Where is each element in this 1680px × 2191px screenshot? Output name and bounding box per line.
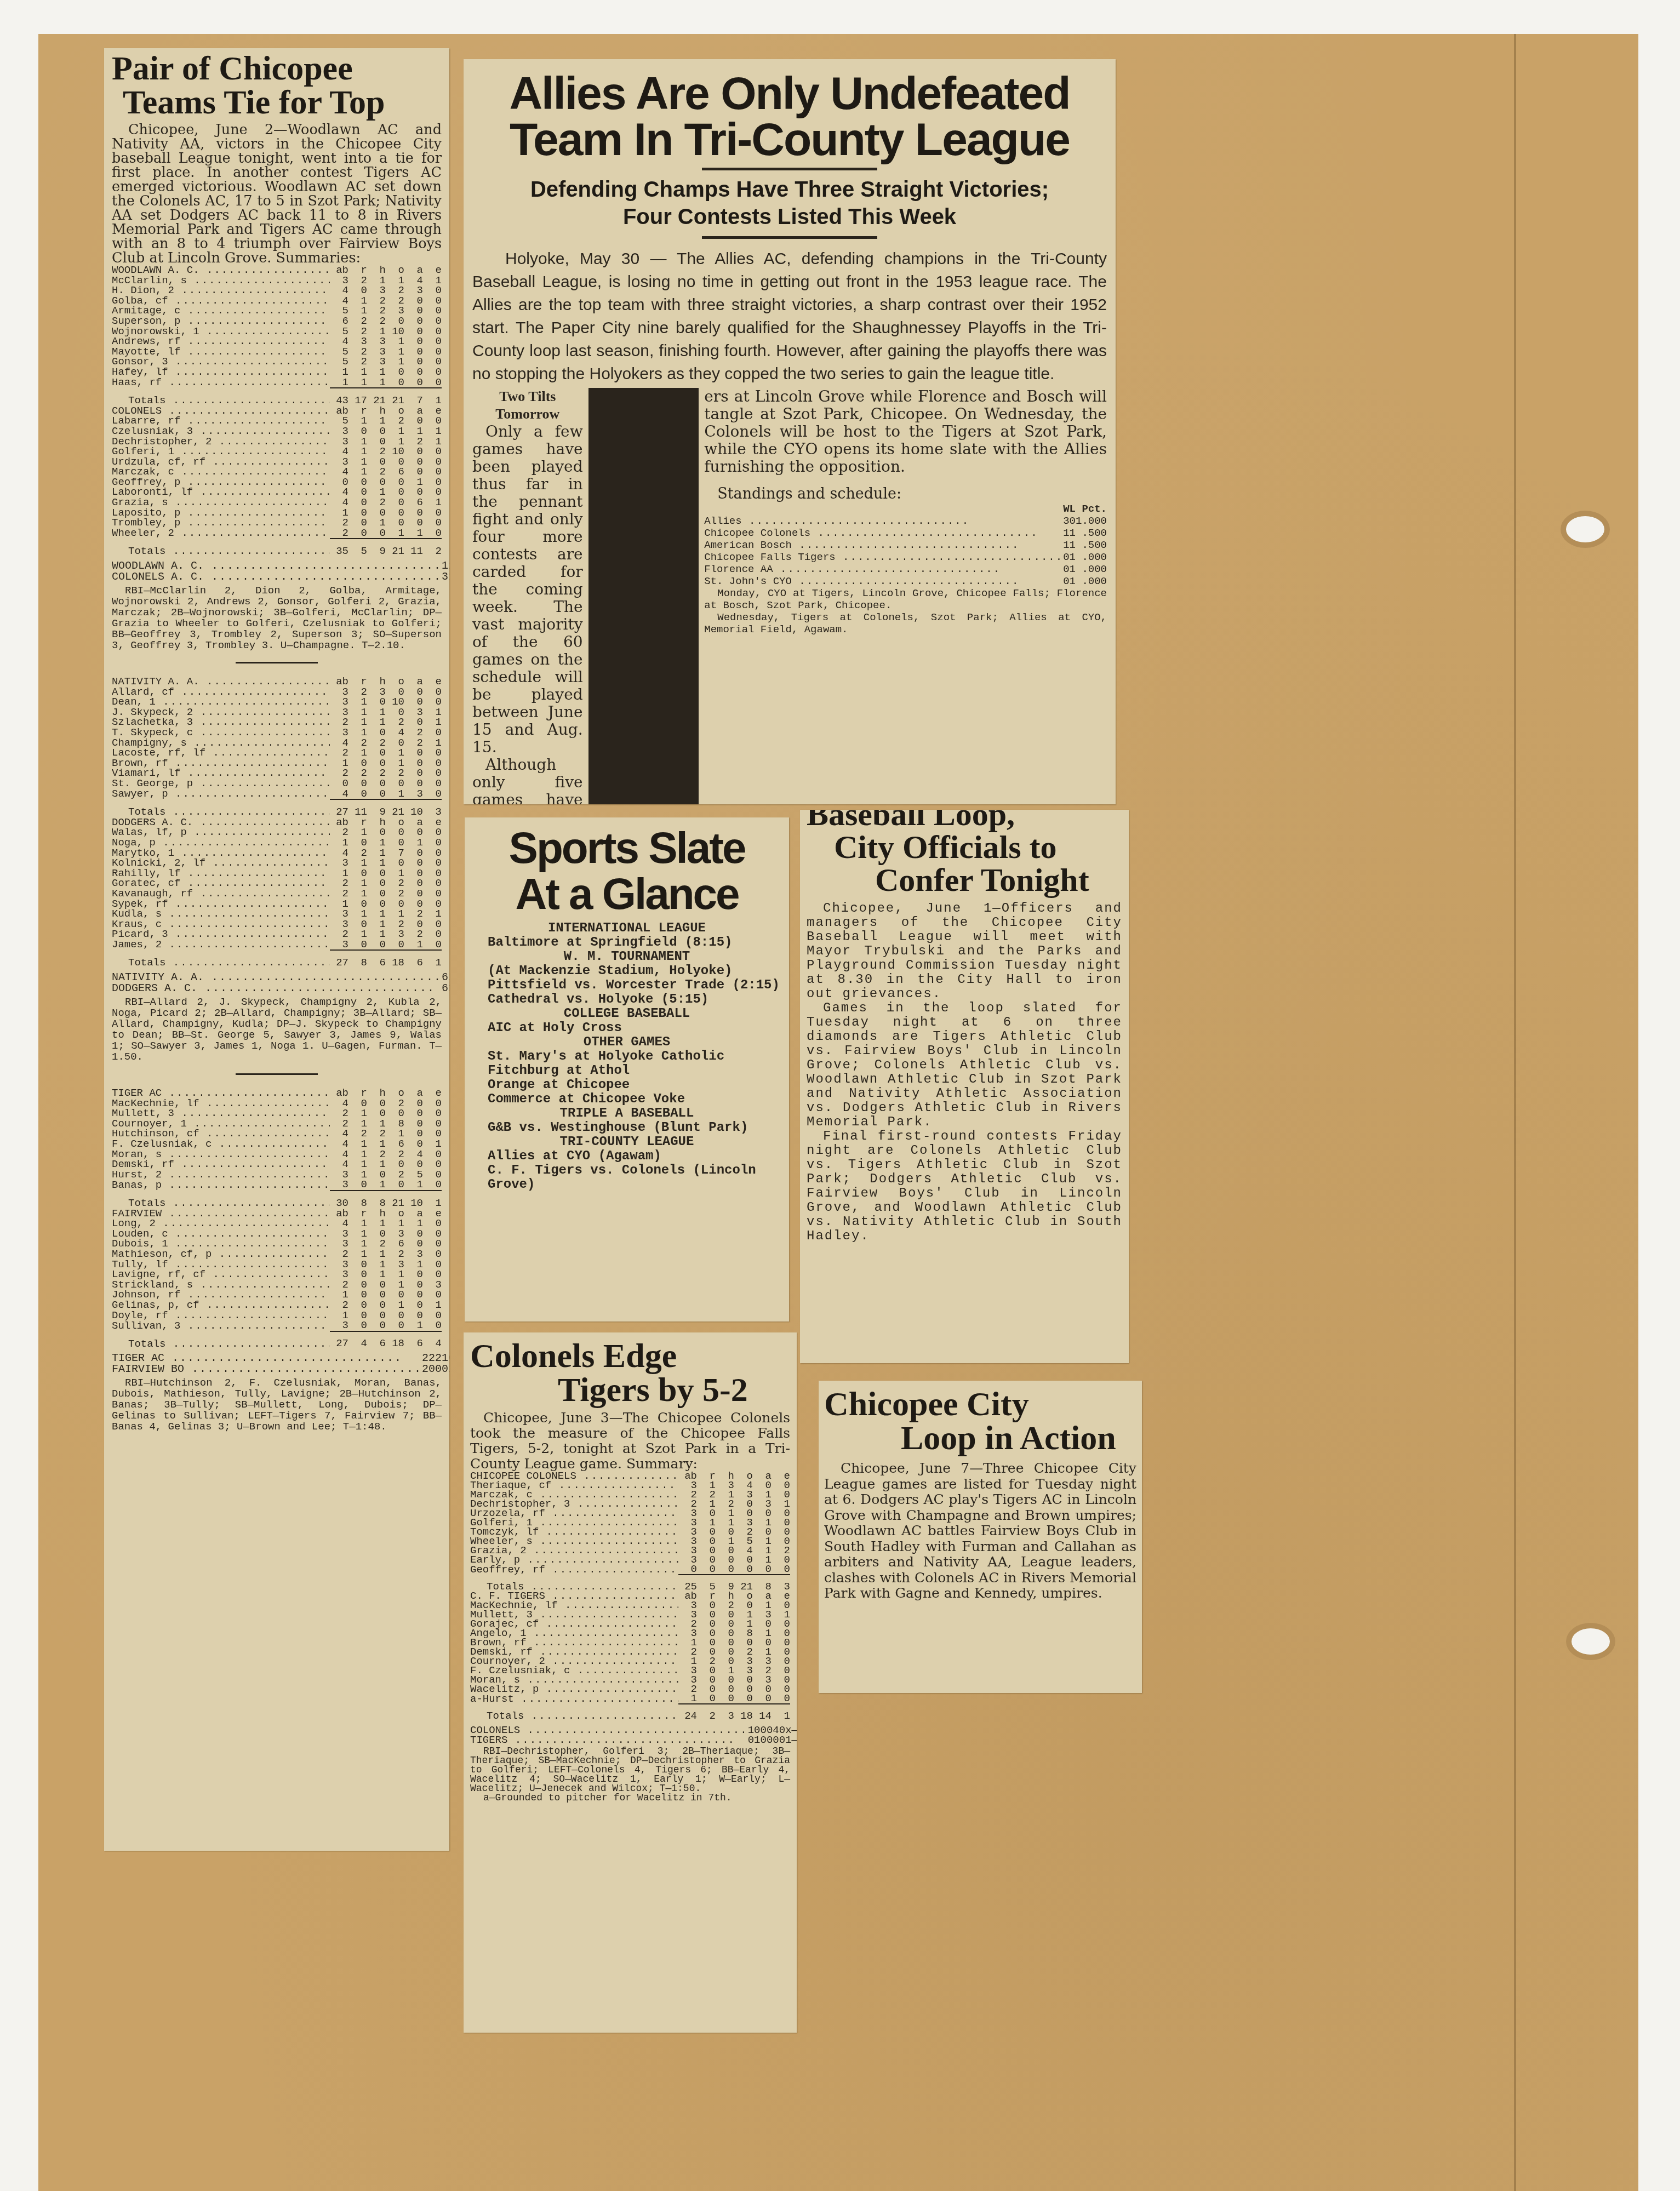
standing-value: .500 — [1076, 527, 1107, 539]
player-name: Viamari, lf — [112, 768, 330, 779]
binder-hole — [1566, 516, 1604, 542]
total-stat: 8 — [367, 1191, 386, 1209]
stat: 1 — [386, 909, 404, 919]
clipping-colonels-edge-tigers: Colonels Edge Tigers by 5-2 Chicopee, Ju… — [464, 1332, 797, 2033]
player-name: Early, p — [470, 1555, 678, 1565]
box-score-table: C. F. TIGERSabrhoaeMacKechnie, lf302010M… — [470, 1592, 790, 1721]
player-row: Gelinas, p, cf200101 — [112, 1300, 442, 1311]
player-row: Sawyer, p400130 — [112, 789, 442, 800]
player-row: Hafey, lf111000 — [112, 367, 442, 377]
stat: 0 — [423, 377, 442, 388]
article-body: Chicopee, June 2—Woodlawn AC and Nativit… — [112, 123, 442, 265]
stat: 0 — [386, 940, 404, 951]
game-notes: RBI—Dechristopher, Golferi 3; 2B—Theriaq… — [470, 1747, 790, 1794]
player-row: Cournoyer, 2120330 — [470, 1657, 790, 1666]
player-row: Szlachetka, 3211201 — [112, 717, 442, 728]
stat: 3 — [404, 285, 423, 296]
standing-value: 0 — [1063, 575, 1069, 587]
totals-label: Totals — [470, 1704, 678, 1721]
stat: 1 — [423, 426, 442, 437]
player-row: Armitage, c512300 — [112, 306, 442, 316]
standings-label: Standings and schedule: — [704, 485, 1107, 503]
team-name: NATIVITY A. A. — [112, 972, 442, 983]
team-name: DODGERS A. C. — [112, 817, 330, 828]
player-name: Lacoste, rf, lf — [112, 748, 330, 758]
schedule: Monday, CYO at Tigers, Lincoln Grove, Ch… — [704, 587, 1107, 636]
standing-value: 0 — [1063, 551, 1069, 563]
player-name: Grazia, s — [112, 497, 330, 508]
stat: 0 — [404, 447, 423, 457]
player-name: Cournoyer, 2 — [470, 1657, 678, 1666]
player-name: Gonsor, 3 — [112, 357, 330, 367]
stat: 1 — [423, 909, 442, 919]
stat: 0 — [423, 838, 442, 848]
player-name: Angelo, 1 — [470, 1629, 678, 1638]
total-stat: 8 — [348, 950, 367, 968]
player-row: Hurst, 2310250 — [112, 1170, 442, 1180]
slate-section-title: OTHER GAMES — [471, 1036, 782, 1050]
player-name: Dechristopher, 2 — [112, 437, 330, 447]
player-name: Mathieson, cf, p — [112, 1249, 330, 1260]
stat: 1 — [386, 1219, 404, 1229]
player-name: Urzozela, rf — [470, 1509, 678, 1518]
linescore-row: NATIVITY A. A.621200x—11 — [112, 972, 449, 983]
stat: 1 — [386, 336, 404, 347]
total-stat: 17 — [348, 388, 367, 406]
stat: 0 — [734, 1694, 753, 1704]
inning-runs: 621 — [442, 972, 449, 983]
player-name: Golferi, 1 — [112, 447, 330, 457]
stat: 0 — [423, 528, 442, 539]
player-row: Louden, c310300 — [112, 1229, 442, 1239]
player-name: Wacelitz, p — [470, 1685, 678, 1694]
total-stat: 18 — [386, 1331, 404, 1349]
player-name: Moran, s — [112, 1149, 330, 1160]
total-stat: 10 — [404, 1191, 423, 1209]
paragraph: Games in the loop slated for Tuesday nig… — [807, 1002, 1122, 1130]
slate-item: Baltimore at Springfield (8:15) — [471, 936, 782, 950]
player-row: Moran, s412240 — [112, 1149, 442, 1160]
stat: 3 — [330, 1180, 348, 1191]
stat: 1 — [367, 367, 386, 377]
player-row: Angelo, 1300810 — [470, 1629, 790, 1638]
stat: 0 — [423, 789, 442, 800]
standings-row: Chicopee Colonels11.500 — [704, 527, 1107, 539]
inning-runs: 311 — [442, 572, 449, 583]
player-name: Noga, p — [112, 838, 330, 848]
player-row: Marytko, 1421700 — [112, 848, 442, 859]
player-name: Lavigne, rf, cf — [112, 1269, 330, 1280]
headline: Allies Are Only Undefeated Team In Tri-C… — [472, 70, 1107, 162]
column-header: ab — [330, 265, 348, 276]
team-name: FAIRVIEW — [112, 1209, 330, 1219]
player-name: F. Czelusniak, c — [470, 1666, 678, 1675]
total-stat: 27 — [330, 950, 348, 968]
player-row: Marczak, c412600 — [112, 467, 442, 477]
player-name: Moran, s — [470, 1675, 678, 1685]
stat: 1 — [330, 377, 348, 388]
stat: 1 — [330, 838, 348, 848]
total-stat: 21 — [386, 539, 404, 557]
slate-item: Cathedral vs. Holyoke (5:15) — [471, 993, 782, 1007]
player-row: Walas, lf, p210000 — [112, 827, 442, 838]
column-header: o — [386, 1088, 404, 1099]
total-stat: 1 — [423, 388, 442, 406]
column-header: e — [423, 677, 442, 687]
stat: 0 — [367, 728, 386, 738]
standings-header: WLPct. — [704, 503, 1107, 515]
player-name: Marczak, c — [112, 467, 330, 477]
total-stat: 3 — [772, 1575, 790, 1592]
team-header-row: FAIRVIEWabrhoae — [112, 1209, 442, 1219]
total-stat: 6 — [367, 1331, 386, 1349]
stat: 0 — [386, 1180, 404, 1191]
player-row: Rahilly, lf100100 — [112, 868, 442, 879]
player-name: J. Skypeck, 2 — [112, 707, 330, 718]
player-row: a-Hurst100000 — [470, 1694, 790, 1704]
team-name: C. F. TIGERS — [470, 1592, 678, 1601]
team-name: Chicopee Falls Tigers — [704, 551, 1063, 563]
total-stat: 27 — [330, 1331, 348, 1349]
stat: 0 — [386, 367, 404, 377]
total-stat: 8 — [753, 1575, 772, 1592]
stat: 0 — [348, 528, 367, 539]
stat: 0 — [716, 1694, 734, 1704]
standing-value: 1 — [1070, 551, 1076, 563]
stat: 3 — [330, 909, 348, 919]
article-body: Chicopee, June 3—The Chicopee Colonels t… — [470, 1410, 790, 1472]
player-row: Theriaque, cf313400 — [470, 1481, 790, 1490]
team-name: American Bosch — [704, 539, 1063, 551]
stat: 0 — [404, 1269, 423, 1280]
standing-value: .000 — [1076, 551, 1107, 563]
player-name: Czelusniak, 3 — [112, 426, 330, 437]
stat: 0 — [367, 426, 386, 437]
player-row: F. Czelusniak, c411601 — [112, 1139, 442, 1149]
column-rule — [588, 388, 699, 804]
slate-item: (At Mackenzie Stadium, Holyoke) — [471, 964, 782, 979]
player-name: Dean, 1 — [112, 697, 330, 707]
stat: 1 — [348, 367, 367, 377]
stat: 1 — [367, 1139, 386, 1149]
game-box-score: TIGER ACabrhoaeMacKechnie, lf400200Mulle… — [112, 1073, 442, 1432]
player-name: Theriaque, cf — [470, 1481, 678, 1490]
stat: 0 — [423, 316, 442, 327]
stat: 1 — [423, 497, 442, 508]
player-name: Sypek, rf — [112, 899, 330, 909]
player-row: T. Skypeck, c310420 — [112, 728, 442, 738]
stat: 3 — [404, 789, 423, 800]
box-score-table: DODGERS A. C.abrhoaeWalas, lf, p210000No… — [112, 817, 442, 968]
stat: 0 — [348, 789, 367, 800]
player-name: Golferi, 1 — [470, 1518, 678, 1528]
stat: 1 — [367, 377, 386, 388]
player-name: Kraus, c — [112, 919, 330, 930]
stat: 1 — [348, 1249, 367, 1260]
total-stat: 11 — [404, 539, 423, 557]
box-score: CHICOPEE COLONELSabrhoaeTheriaque, cf313… — [470, 1472, 790, 1803]
stat: 0 — [386, 1320, 404, 1331]
player-row: Early, p300010 — [470, 1555, 790, 1565]
player-name: Mullett, 3 — [112, 1108, 330, 1119]
player-row: Golba, cf412200 — [112, 296, 442, 306]
stat: 0 — [348, 779, 367, 789]
player-row: Champigny, s422021 — [112, 738, 442, 748]
player-name: Hutchinson, cf — [112, 1129, 330, 1139]
game-notes: a—Grounded to pitcher for Wacelitz in 7t… — [470, 1794, 790, 1803]
stat: 1 — [348, 1139, 367, 1149]
player-row: McClarlin, s321141 — [112, 276, 442, 286]
stat: 0 — [367, 889, 386, 899]
box-score-table: COLONELSabrhoaeLabarre, rf511200Czelusni… — [112, 406, 442, 557]
player-row: St. George, p000000 — [112, 779, 442, 789]
standing-value: 1 — [1070, 527, 1076, 539]
stat: 0 — [753, 1694, 772, 1704]
stat: 0 — [367, 1300, 386, 1311]
player-row: Czelusniak, 3300111 — [112, 426, 442, 437]
inning-runs: 125 — [442, 561, 449, 572]
column-header: r — [348, 265, 367, 276]
stat: 0 — [348, 838, 367, 848]
total-stat: 30 — [330, 1191, 348, 1209]
stat: 1 — [367, 858, 386, 868]
stat: 3 — [330, 1269, 348, 1280]
stat: 1 — [348, 1219, 367, 1229]
standing-value: 1 — [1063, 539, 1069, 551]
column-header: e — [423, 1088, 442, 1099]
box-score-table: TIGER ACabrhoaeMacKechnie, lf400200Mulle… — [112, 1088, 442, 1209]
team-name: Florence AA — [704, 563, 1063, 575]
headline: Baseball Loop, City Officials to Confer … — [807, 810, 1122, 896]
total-stat: 21 — [386, 799, 404, 817]
total-stat: 1 — [423, 1191, 442, 1209]
player-row: Geoffrey, p000010 — [112, 477, 442, 488]
team-header-row: TIGER ACabrhoae — [112, 1088, 442, 1099]
clipping-allies-undefeated: Allies Are Only Undefeated Team In Tri-C… — [464, 59, 1116, 804]
inning-runs: 020 — [442, 1364, 449, 1375]
totals-label: Totals — [112, 539, 330, 557]
standing-value: .000 — [1076, 563, 1107, 575]
player-row: Trombley, p201000 — [112, 518, 442, 528]
column-header: o — [386, 265, 404, 276]
divider — [236, 662, 318, 663]
binder-hole — [1572, 1628, 1610, 1655]
team-name: CHICOPEE COLONELS — [470, 1472, 678, 1481]
column-header: e — [423, 265, 442, 276]
divider — [236, 1073, 318, 1075]
stat: 0 — [367, 789, 386, 800]
paragraph: Chicopee, June 1—Officers and managers o… — [807, 902, 1122, 1002]
stat: 0 — [404, 889, 423, 899]
player-row: F. Czelusniak, c301320 — [470, 1666, 790, 1675]
slate-item: St. Mary's at Holyoke Catholic — [471, 1050, 782, 1064]
stat: 1 — [367, 909, 386, 919]
stat: 1 — [404, 426, 423, 437]
player-row: Viamari, lf222200 — [112, 768, 442, 779]
column-header: r — [348, 1088, 367, 1099]
player-name: Kudla, s — [112, 909, 330, 919]
stat: 6 — [404, 497, 423, 508]
player-row: Wacelitz, p200000 — [470, 1685, 790, 1694]
stat: 2 — [367, 497, 386, 508]
player-name: Geoffrey, rf — [470, 1565, 678, 1575]
standing-value: 1.000 — [1076, 515, 1107, 527]
stat: 0 — [678, 1565, 697, 1575]
totals-row: Totals308821101 — [112, 1191, 442, 1209]
player-row: J. Skypeck, 2311031 — [112, 707, 442, 718]
player-name: Geoffrey, p — [112, 477, 330, 488]
stat: 0 — [423, 728, 442, 738]
player-name: T. Skypeck, c — [112, 728, 330, 738]
stat: 0 — [348, 426, 367, 437]
stat: 3 — [330, 940, 348, 951]
team-name: WOODLAWN A. C. — [112, 561, 442, 572]
player-row: Picard, 3211320 — [112, 929, 442, 940]
player-name: Sullivan, 3 — [112, 1320, 330, 1331]
standings-table: WLPct.Allies301.000Chicopee Colonels11.5… — [704, 503, 1107, 587]
total-stat: 4 — [348, 1331, 367, 1349]
stat: 6 — [330, 316, 348, 327]
linescore-row: COLONELS A. C.3110000— 5 — [112, 572, 449, 583]
player-name: Gelinas, p, cf — [112, 1300, 330, 1311]
player-name: Rahilly, lf — [112, 868, 330, 879]
player-row: Andrews, rf433100 — [112, 336, 442, 347]
linescore-row: FAIRVIEW BO2000200—4 — [112, 1364, 449, 1375]
stat: 0 — [423, 1249, 442, 1260]
totals-label: Totals — [112, 1191, 330, 1209]
player-name: Allard, cf — [112, 687, 330, 697]
column-header: L — [1070, 503, 1076, 515]
totals-label: Totals — [470, 1575, 678, 1592]
clipping-city-officials: Baseball Loop, City Officials to Confer … — [800, 810, 1129, 1363]
team-header-row: WOODLAWN A. C.abrhoae — [112, 265, 442, 276]
stat: 2 — [330, 528, 348, 539]
total-stat: 10 — [404, 799, 423, 817]
stat: 1 — [348, 447, 367, 457]
headline: Colonels Edge Tigers by 5-2 — [470, 1339, 790, 1407]
stat: 1 — [348, 728, 367, 738]
game-box-score: NATIVITY A. A.abrhoaeAllard, cf323000Dea… — [112, 662, 442, 1062]
stat: 0 — [423, 889, 442, 899]
stat: 6 — [386, 1139, 404, 1149]
player-name: St. George, p — [112, 779, 330, 789]
divider — [702, 168, 877, 170]
team-header-row: DODGERS A. C.abrhoae — [112, 817, 442, 828]
stat: 2 — [367, 447, 386, 457]
player-name: Louden, c — [112, 1229, 330, 1239]
standings-row: Chicopee Falls Tigers01.000 — [704, 551, 1107, 563]
stat: 2 — [367, 316, 386, 327]
player-row: Wheeler, 2200110 — [112, 528, 442, 539]
stat: 0 — [386, 316, 404, 327]
player-row: MacKechnie, lf400200 — [112, 1099, 442, 1109]
total-stat: 5 — [348, 539, 367, 557]
player-row: Gonsor, 3523100 — [112, 357, 442, 367]
stat: 1 — [423, 1300, 442, 1311]
box-score-table: FAIRVIEWabrhoaeLong, 2411110Louden, c310… — [112, 1209, 442, 1349]
player-row: Lavigne, rf, cf301100 — [112, 1269, 442, 1280]
player-name: MacKechnie, lf — [470, 1601, 678, 1610]
team-name: NATIVITY A. A. — [112, 677, 330, 687]
standings-row: Florence AA01.000 — [704, 563, 1107, 575]
player-row: Long, 2411110 — [112, 1219, 442, 1229]
team-header-row: CHICOPEE COLONELSabrhoae — [470, 1472, 790, 1481]
team-name: FAIRVIEW BO — [112, 1364, 422, 1375]
standing-value: 1 — [1070, 539, 1076, 551]
stat: 2 — [386, 1249, 404, 1260]
column-header: a — [404, 265, 423, 276]
stat: 1 — [348, 909, 367, 919]
team-header-row: COLONELSabrhoae — [112, 406, 442, 416]
player-row: Haas, rf111000 — [112, 377, 442, 388]
player-row: Gorajec, cf200100 — [470, 1620, 790, 1629]
team-name: Allies — [704, 515, 1063, 527]
player-name: Mullett, 3 — [470, 1610, 678, 1620]
stat: 0 — [348, 1269, 367, 1280]
stat: 4 — [330, 1139, 348, 1149]
standings-row: St. John's CYO01.000 — [704, 575, 1107, 587]
column-header: W — [1063, 503, 1069, 515]
column-header: ab — [330, 677, 348, 687]
player-row: Laboronti, lf401000 — [112, 487, 442, 497]
player-row: Mullett, 3300131 — [470, 1610, 790, 1620]
inning-runs: 000 — [767, 1735, 785, 1745]
total-stat: 8 — [348, 1191, 367, 1209]
player-row: Dechristopher, 3212031 — [470, 1500, 790, 1509]
linescore: COLONELS100040x—5TIGERS0100001—2 — [470, 1725, 797, 1745]
inning-runs: 010 — [748, 1735, 767, 1745]
stat: 1 — [348, 748, 367, 758]
total-stat: 5 — [697, 1575, 716, 1592]
player-row: Marczak, c221310 — [470, 1490, 790, 1500]
player-name: Demski, rf — [112, 1159, 330, 1170]
player-name: James, 2 — [112, 940, 330, 951]
stat: 1 — [386, 789, 404, 800]
stat: 0 — [753, 1565, 772, 1575]
team-name: TIGER AC — [112, 1353, 422, 1364]
column-header: h — [367, 265, 386, 276]
slate-item: AIC at Holy Cross — [471, 1021, 782, 1036]
stat: 3 — [330, 858, 348, 868]
stat: 0 — [404, 336, 423, 347]
stat: 0 — [404, 779, 423, 789]
inning-runs: 200 — [422, 1364, 442, 1375]
player-name: Haas, rf — [112, 377, 330, 388]
stat: 0 — [348, 497, 367, 508]
player-row: Sypek, rf100000 — [112, 899, 442, 909]
stat: 0 — [423, 1219, 442, 1229]
player-row: Brown, rf100100 — [112, 758, 442, 769]
total-stat: 18 — [386, 950, 404, 968]
team-name: TIGER AC — [112, 1088, 330, 1099]
team-name: Chicopee Colonels — [704, 527, 1063, 539]
total-stat: 2 — [697, 1704, 716, 1721]
player-row: Golferi, 14121000 — [112, 447, 442, 457]
stat: 1 — [404, 1320, 423, 1331]
player-name: Marytko, 1 — [112, 848, 330, 859]
standing-value: 1 — [1070, 563, 1076, 575]
total-stat: 27 — [330, 799, 348, 817]
stat: 3 — [367, 285, 386, 296]
stat: 1 — [386, 528, 404, 539]
total-stat: 14 — [753, 1704, 772, 1721]
slate-section-title: W. M. TOURNAMENT — [471, 950, 782, 964]
totals-row: Totals242318141 — [470, 1704, 790, 1721]
subhead-two-tilts: Two Tilts Tomorrow — [472, 388, 583, 423]
subheadline: Defending Champs Have Three Straight Vic… — [472, 176, 1107, 231]
standing-value: .000 — [1076, 575, 1107, 587]
stat: 4 — [330, 336, 348, 347]
